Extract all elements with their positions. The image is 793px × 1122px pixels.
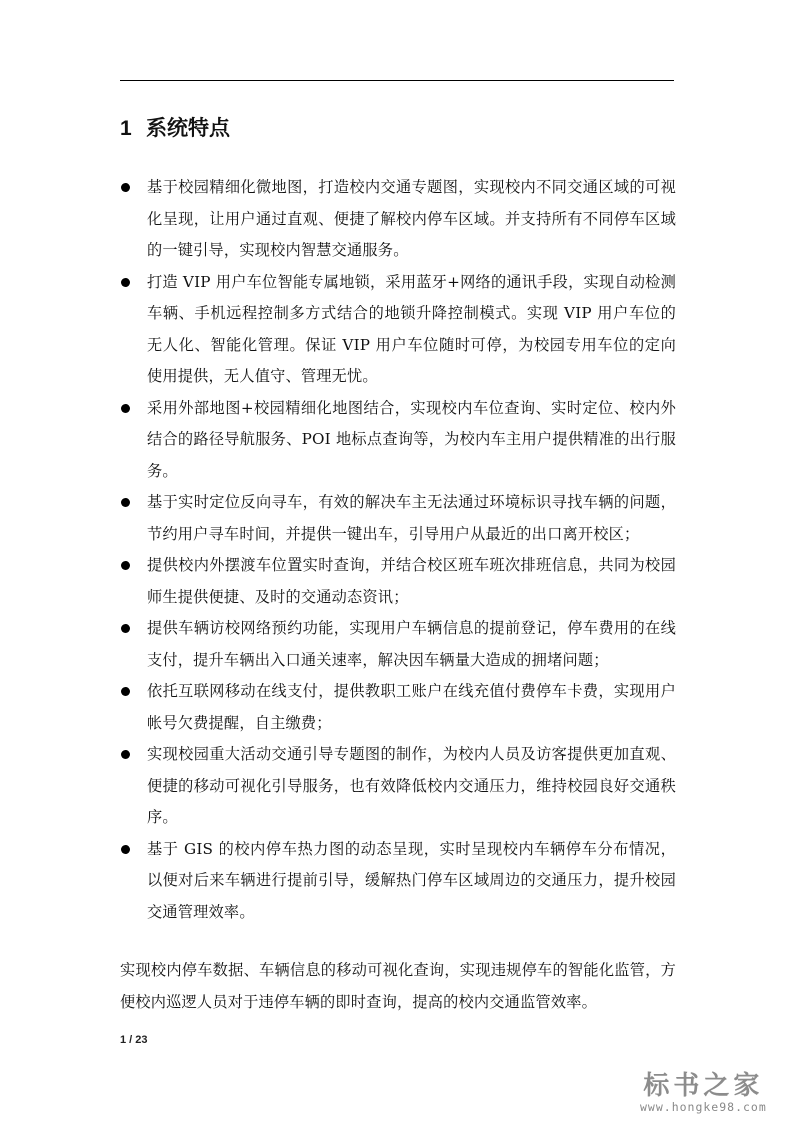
list-item: 打造 VIP 用户车位智能专属地锁，采用蓝牙+网络的通讯手段，实现自动检测车辆、…	[120, 267, 676, 393]
list-item: 基于 GIS 的校内停车热力图的动态呈现，实时呈现校内车辆停车分布情况，以便对后…	[120, 834, 676, 929]
header-rule	[120, 80, 674, 81]
watermark-url: www.hongke98.com	[640, 1100, 767, 1114]
section-heading: 1系统特点	[120, 112, 230, 142]
list-item: 依托互联网移动在线支付，提供教职工账户在线充值付费停车卡费，实现用户帐号欠费提醒…	[120, 676, 676, 739]
list-item: 基于校园精细化微地图，打造校内交通专题图，实现校内不同交通区域的可视化呈现，让用…	[120, 172, 676, 267]
watermark-brand: 标书之家	[640, 1065, 767, 1102]
list-item: 实现校园重大活动交通引导专题图的制作，为校内人员及访客提供更加直观、便捷的移动可…	[120, 739, 676, 834]
bullet-icon	[121, 404, 130, 413]
bullet-icon	[121, 624, 130, 633]
bullet-icon	[121, 183, 130, 192]
bullet-icon	[121, 278, 130, 287]
bullet-icon	[121, 845, 130, 854]
list-item: 基于实时定位反向寻车，有效的解决车主无法通过环境标识寻找车辆的问题，节约用户寻车…	[120, 487, 676, 550]
closing-paragraph: 实现校内停车数据、车辆信息的移动可视化查询，实现违规停车的智能化监管，方便校内巡…	[120, 955, 676, 1018]
list-item: 采用外部地图+校园精细化地图结合，实现校内车位查询、实时定位、校内外结合的路径导…	[120, 393, 676, 488]
section-title: 系统特点	[146, 117, 230, 140]
list-item: 提供车辆访校网络预约功能，实现用户车辆信息的提前登记，停车费用的在线支付，提升车…	[120, 613, 676, 676]
page-number: 1 / 23	[120, 1034, 148, 1046]
bullet-icon	[121, 687, 130, 696]
bullet-icon	[121, 750, 130, 759]
watermark: 标书之家 www.hongke98.com	[640, 1065, 767, 1114]
feature-list: 基于校园精细化微地图，打造校内交通专题图，实现校内不同交通区域的可视化呈现，让用…	[120, 172, 676, 928]
section-number: 1	[120, 117, 146, 141]
list-item: 提供校内外摆渡车位置实时查询，并结合校区班车班次排班信息，共同为校园师生提供便捷…	[120, 550, 676, 613]
bullet-icon	[121, 561, 130, 570]
bullet-icon	[121, 498, 130, 507]
